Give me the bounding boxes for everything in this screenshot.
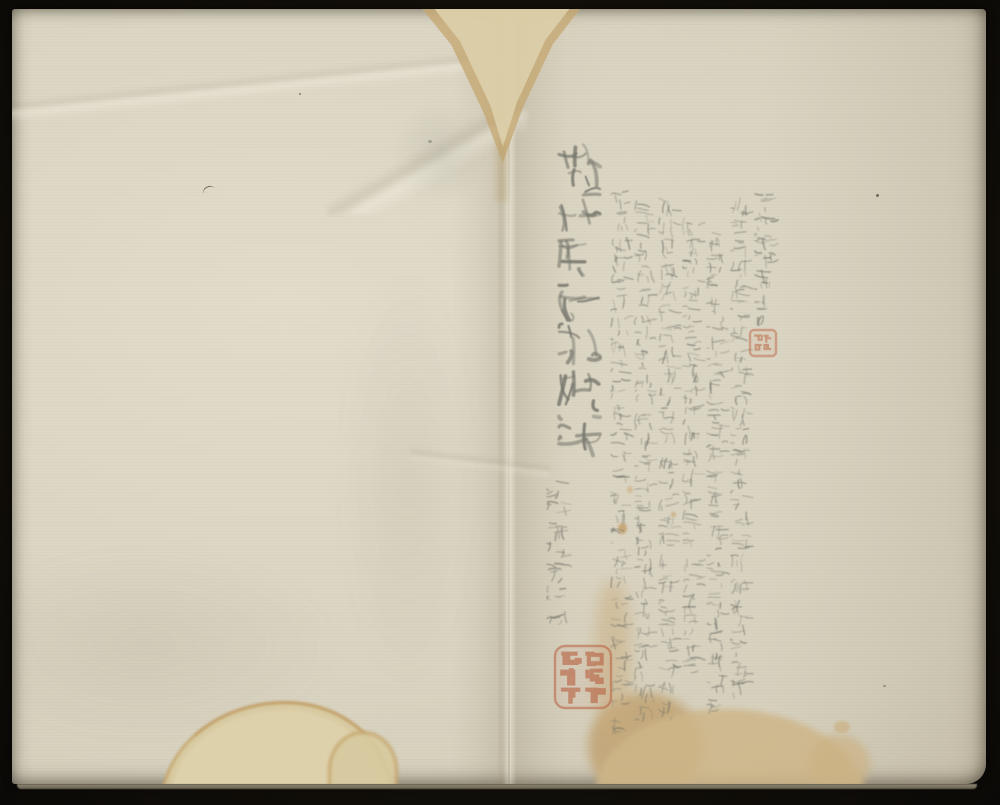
- open-book-spread: [12, 9, 986, 784]
- scan-background: [0, 0, 1000, 805]
- red-seals: [12, 9, 986, 784]
- seal-stamp-small: [747, 327, 781, 361]
- page-stack-edge: [17, 784, 977, 789]
- seal-stamp-large: [552, 643, 616, 713]
